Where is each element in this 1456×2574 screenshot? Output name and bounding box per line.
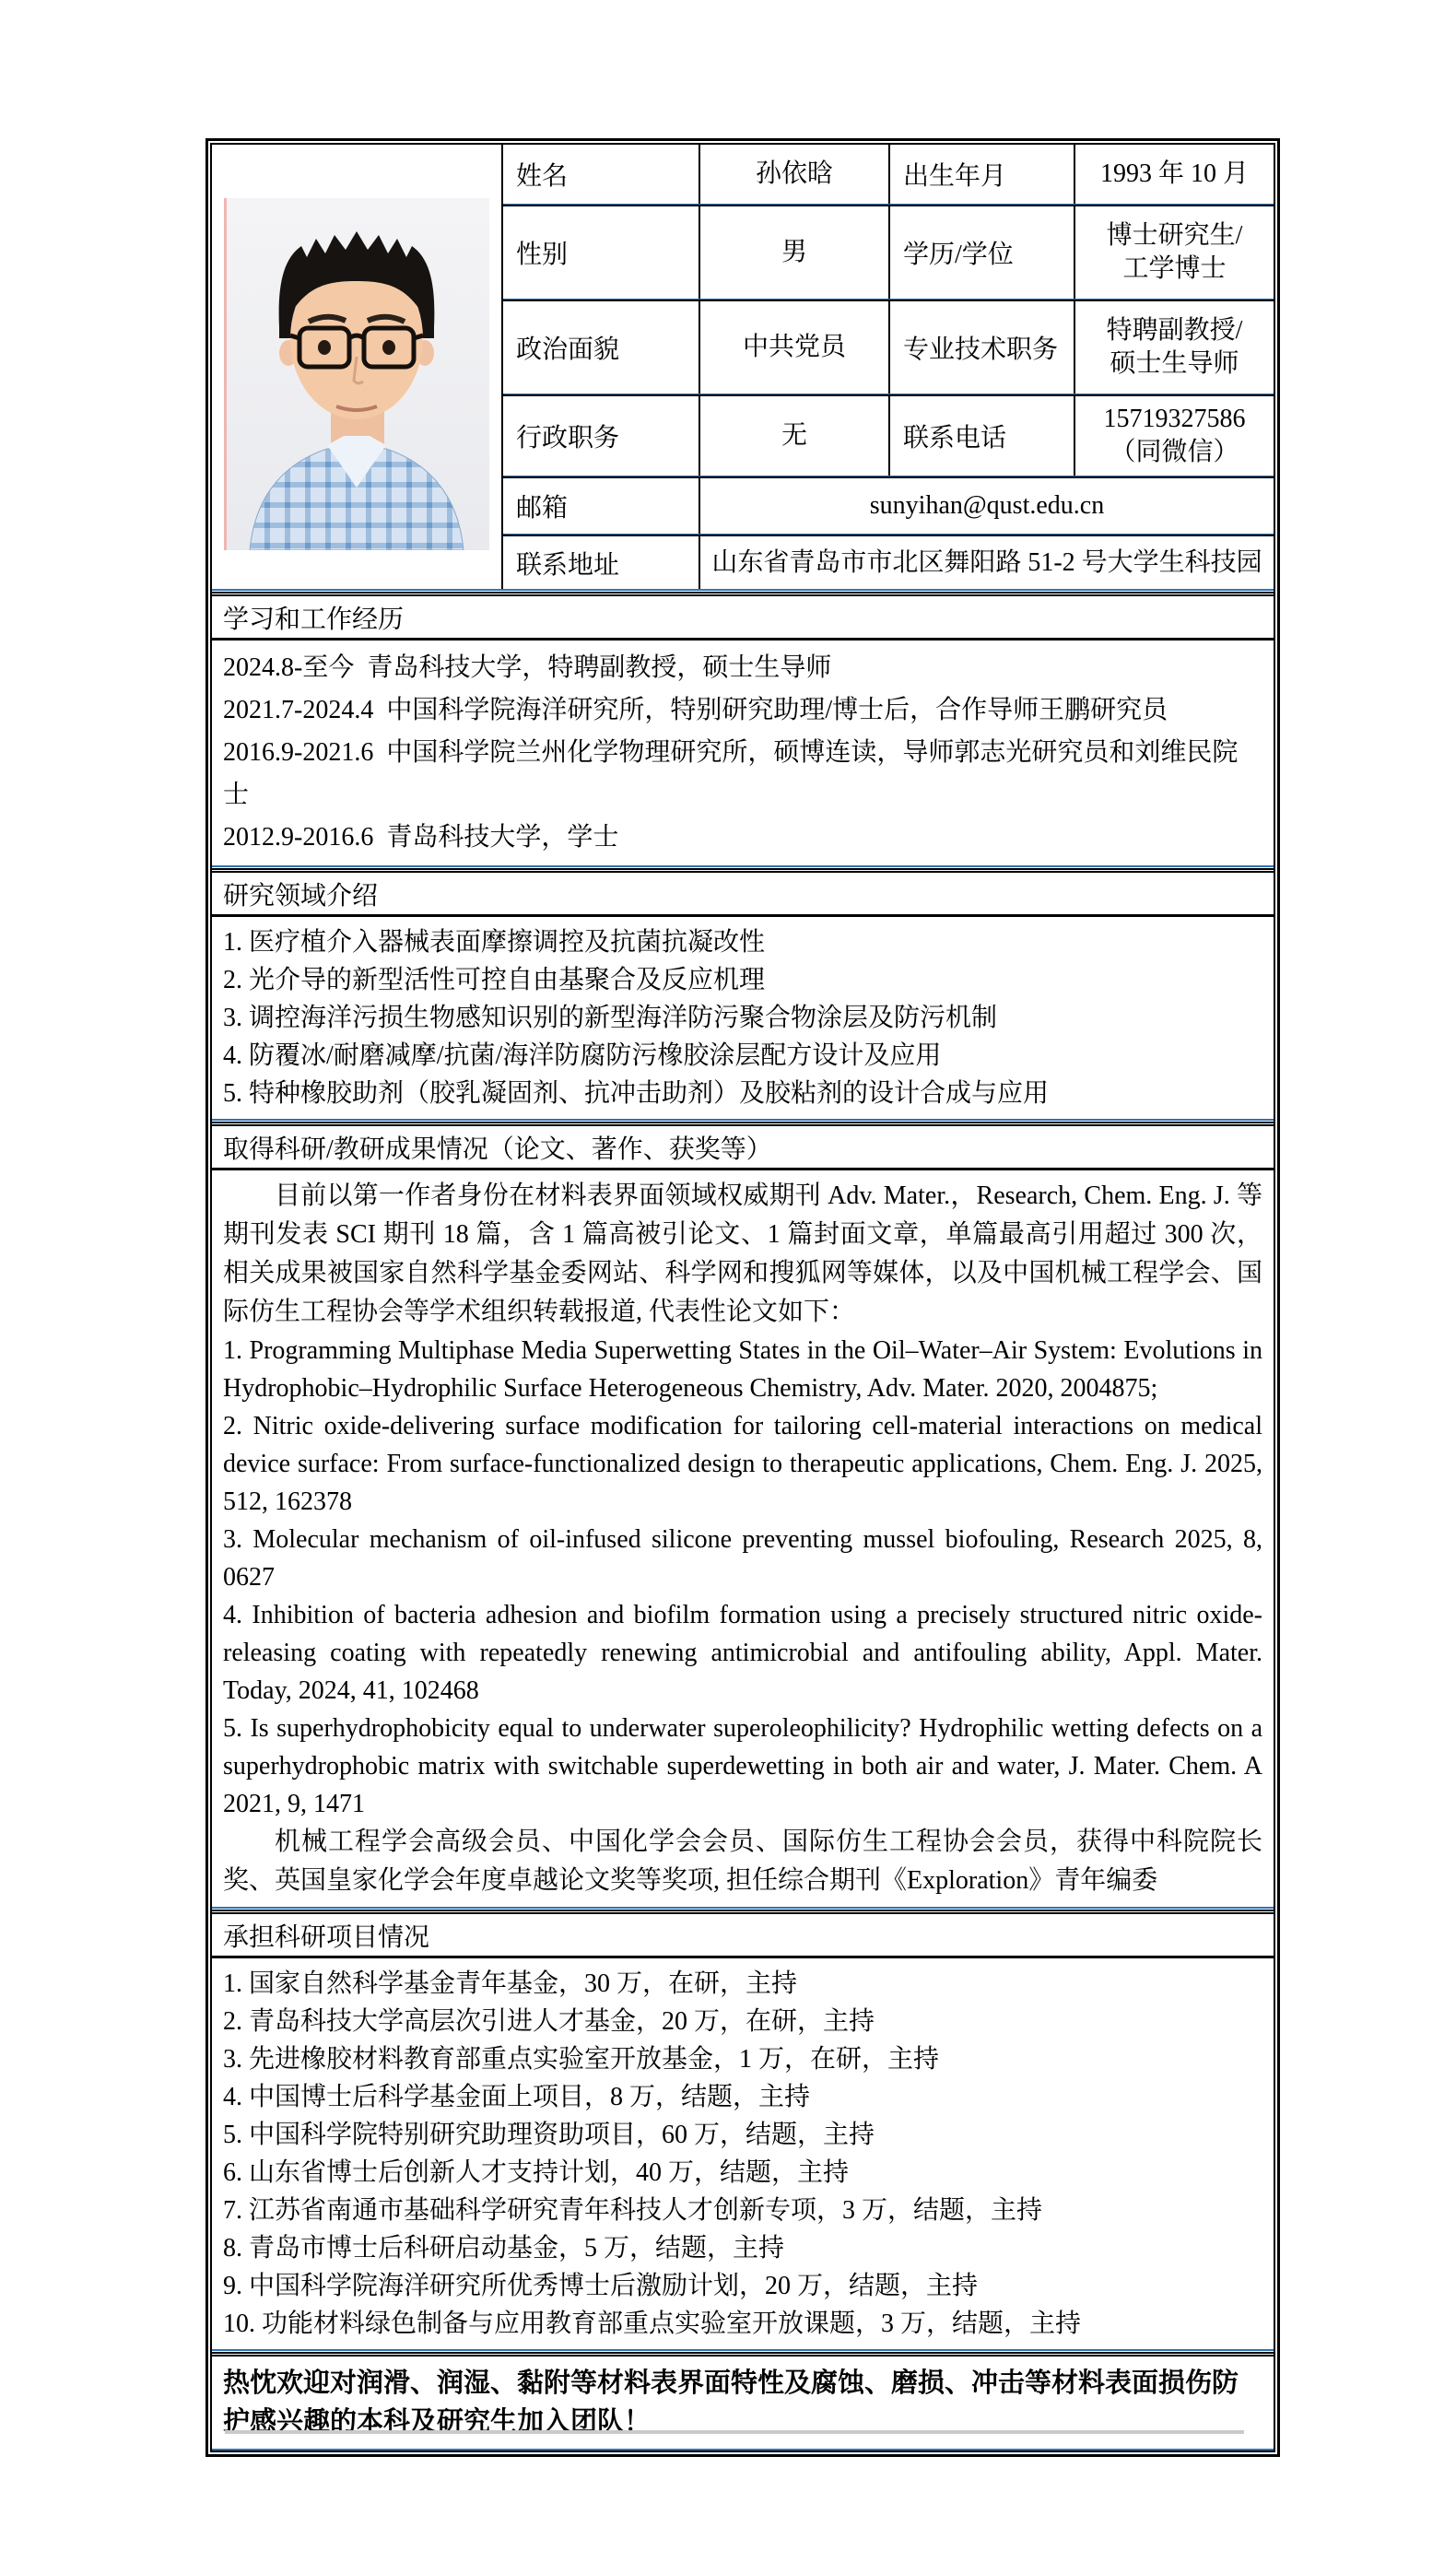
publications-list: 1. Programming Multiphase Media Superwet… (223, 1332, 1262, 1823)
research-field-item: 1. 医疗植介入器械表面摩擦调控及抗菌抗凝改性 (223, 923, 1262, 961)
degree-line1: 博士研究生/ (1107, 219, 1243, 253)
projects-list: 1. 国家自然科学基金青年基金，30 万，在研，主持2. 青岛科技大学高层次引进… (212, 1958, 1274, 2349)
bottom-blue-hairline (212, 2449, 1274, 2451)
section-experience-title: 学习和工作经历 (212, 596, 1274, 641)
recruitment-notice: 热忱欢迎对润滑、润湿、黏附等材料表界面特性及腐蚀、磨损、冲击等材料表面损伤防护感… (212, 2357, 1274, 2449)
publication-item: 1. Programming Multiphase Media Superwet… (223, 1332, 1262, 1407)
row-name-birth: 姓名 孙依晗 出生年月 1993 年 10 月 (503, 145, 1274, 204)
achievements-intro: 目前以第一作者身份在材料表界面领域权威期刊 Adv. Mater.，Resear… (223, 1177, 1262, 1332)
portrait-photo (224, 198, 489, 550)
title-label: 专业技术职务 (888, 301, 1074, 394)
degree-line2: 工学博士 (1122, 253, 1226, 286)
phone-line2: （同微信） (1110, 436, 1239, 469)
section-divider (212, 865, 1274, 873)
degree-value: 博士研究生/ 工学博士 (1074, 206, 1274, 299)
phone-label: 联系电话 (888, 396, 1074, 476)
political-value: 中共党员 (699, 301, 888, 394)
project-item: 9. 中国科学院海洋研究所优秀博士后激励计划，20 万，结题，主持 (223, 2267, 1262, 2305)
project-item: 4. 中国博士后科学基金面上项目，8 万，结题，主持 (223, 2078, 1262, 2116)
experience-item: 2021.7-2024.4 中国科学院海洋研究所，特别研究助理/博士后，合作导师… (223, 689, 1262, 732)
project-item: 2. 青岛科技大学高层次引进人才基金，20 万，在研，主持 (223, 2003, 1262, 2040)
address-value: 山东省青岛市市北区舞阳路 51-2 号大学生科技园 (699, 536, 1274, 589)
achievements-content: 目前以第一作者身份在材料表界面领域权威期刊 Adv. Mater.，Resear… (212, 1170, 1274, 1907)
row-address: 联系地址 山东省青岛市市北区舞阳路 51-2 号大学生科技园 (503, 536, 1274, 589)
experience-item: 2016.9-2021.6 中国科学院兰州化学物理研究所，硕博连读，导师郭志光研… (223, 732, 1262, 817)
publication-item: 4. Inhibition of bacteria adhesion and b… (223, 1596, 1262, 1710)
publication-item: 2. Nitric oxide-delivering surface modif… (223, 1407, 1262, 1521)
section-divider (212, 2349, 1274, 2357)
title-line1: 特聘副教授/ (1107, 314, 1243, 347)
project-item: 1. 国家自然科学基金青年基金，30 万，在研，主持 (223, 1965, 1262, 2003)
name-label: 姓名 (503, 145, 699, 204)
address-label: 联系地址 (503, 536, 699, 589)
degree-label: 学历/学位 (888, 206, 1074, 299)
experience-list: 2024.8-至今 青岛科技大学，特聘副教授，硕士生导师2021.7-2024.… (212, 641, 1274, 865)
cv-document: 姓名 孙依晗 出生年月 1993 年 10 月 性别 男 学历/学位 博士研究生… (210, 143, 1275, 2452)
section-projects-title: 承担科研项目情况 (212, 1914, 1274, 1958)
phone-value: 15719327586 （同微信） (1074, 396, 1274, 476)
research-field-item: 2. 光介导的新型活性可控自由基聚合及反应机理 (223, 961, 1262, 999)
section-divider (212, 1907, 1274, 1914)
row-political-title: 政治面貌 中共党员 专业技术职务 特聘副教授/ 硕士生导师 (503, 301, 1274, 394)
email-label: 邮箱 (503, 478, 699, 534)
row-admin-phone: 行政职务 无 联系电话 15719327586 （同微信） (503, 396, 1274, 476)
experience-item: 2024.8-至今 青岛科技大学，特聘副教授，硕士生导师 (223, 647, 1262, 689)
profile-table: 姓名 孙依晗 出生年月 1993 年 10 月 性别 男 学历/学位 博士研究生… (212, 145, 1274, 589)
section-research-fields-title: 研究领域介绍 (212, 873, 1274, 917)
political-label: 政治面貌 (503, 301, 699, 394)
publication-item: 5. Is superhydrophobicity equal to under… (223, 1710, 1262, 1823)
birth-value: 1993 年 10 月 (1074, 145, 1274, 204)
row-email: 邮箱 sunyihan@qust.edu.cn (503, 478, 1274, 534)
project-item: 10. 功能材料绿色制备与应用教育部重点实验室开放课题，3 万，结题，主持 (223, 2305, 1262, 2343)
research-field-item: 4. 防覆冰/耐磨减摩/抗菌/海洋防腐防污橡胶涂层配方设计及应用 (223, 1037, 1262, 1075)
project-item: 3. 先进橡胶材料教育部重点实验室开放基金，1 万，在研，主持 (223, 2040, 1262, 2078)
publication-item: 3. Molecular mechanism of oil-infused si… (223, 1521, 1262, 1596)
profile-fields: 姓名 孙依晗 出生年月 1993 年 10 月 性别 男 学历/学位 博士研究生… (501, 145, 1274, 589)
photo-cell (212, 145, 501, 589)
section-divider (212, 589, 1274, 596)
gender-value: 男 (699, 206, 888, 299)
research-fields-list: 1. 医疗植介入器械表面摩擦调控及抗菌抗凝改性2. 光介导的新型活性可控自由基聚… (212, 917, 1274, 1119)
section-achievements-title: 取得科研/教研成果情况（论文、著作、获奖等） (212, 1126, 1274, 1170)
title-line2: 硕士生导师 (1110, 347, 1239, 381)
achievements-memberships: 机械工程学会高级会员、中国化学会会员、国际仿生工程协会会员，获得中科院院长奖、英… (223, 1823, 1262, 1900)
project-item: 7. 江苏省南通市基础科学研究青年科技人才创新专项，3 万，结题，主持 (223, 2192, 1262, 2229)
admin-value: 无 (699, 396, 888, 476)
gender-label: 性别 (503, 206, 699, 299)
footer-divider (225, 2430, 1244, 2434)
section-divider (212, 1119, 1274, 1126)
row-gender-degree: 性别 男 学历/学位 博士研究生/ 工学博士 (503, 206, 1274, 299)
name-value: 孙依晗 (699, 145, 888, 204)
project-item: 5. 中国科学院特别研究助理资助项目，60 万，结题，主持 (223, 2116, 1262, 2154)
email-value: sunyihan@qust.edu.cn (699, 478, 1274, 534)
phone-line1: 15719327586 (1104, 403, 1246, 436)
birth-label: 出生年月 (888, 145, 1074, 204)
research-field-item: 5. 特种橡胶助剂（胶乳凝固剂、抗冲击助剂）及胶粘剂的设计合成与应用 (223, 1075, 1262, 1112)
project-item: 6. 山东省博士后创新人才支持计划，40 万，结题，主持 (223, 2154, 1262, 2192)
project-item: 8. 青岛市博士后科研启动基金，5 万，结题，主持 (223, 2229, 1262, 2267)
title-value: 特聘副教授/ 硕士生导师 (1074, 301, 1274, 394)
admin-label: 行政职务 (503, 396, 699, 476)
experience-item: 2012.9-2016.6 青岛科技大学，学士 (223, 817, 1262, 859)
research-field-item: 3. 调控海洋污损生物感知识别的新型海洋防污聚合物涂层及防污机制 (223, 999, 1262, 1037)
